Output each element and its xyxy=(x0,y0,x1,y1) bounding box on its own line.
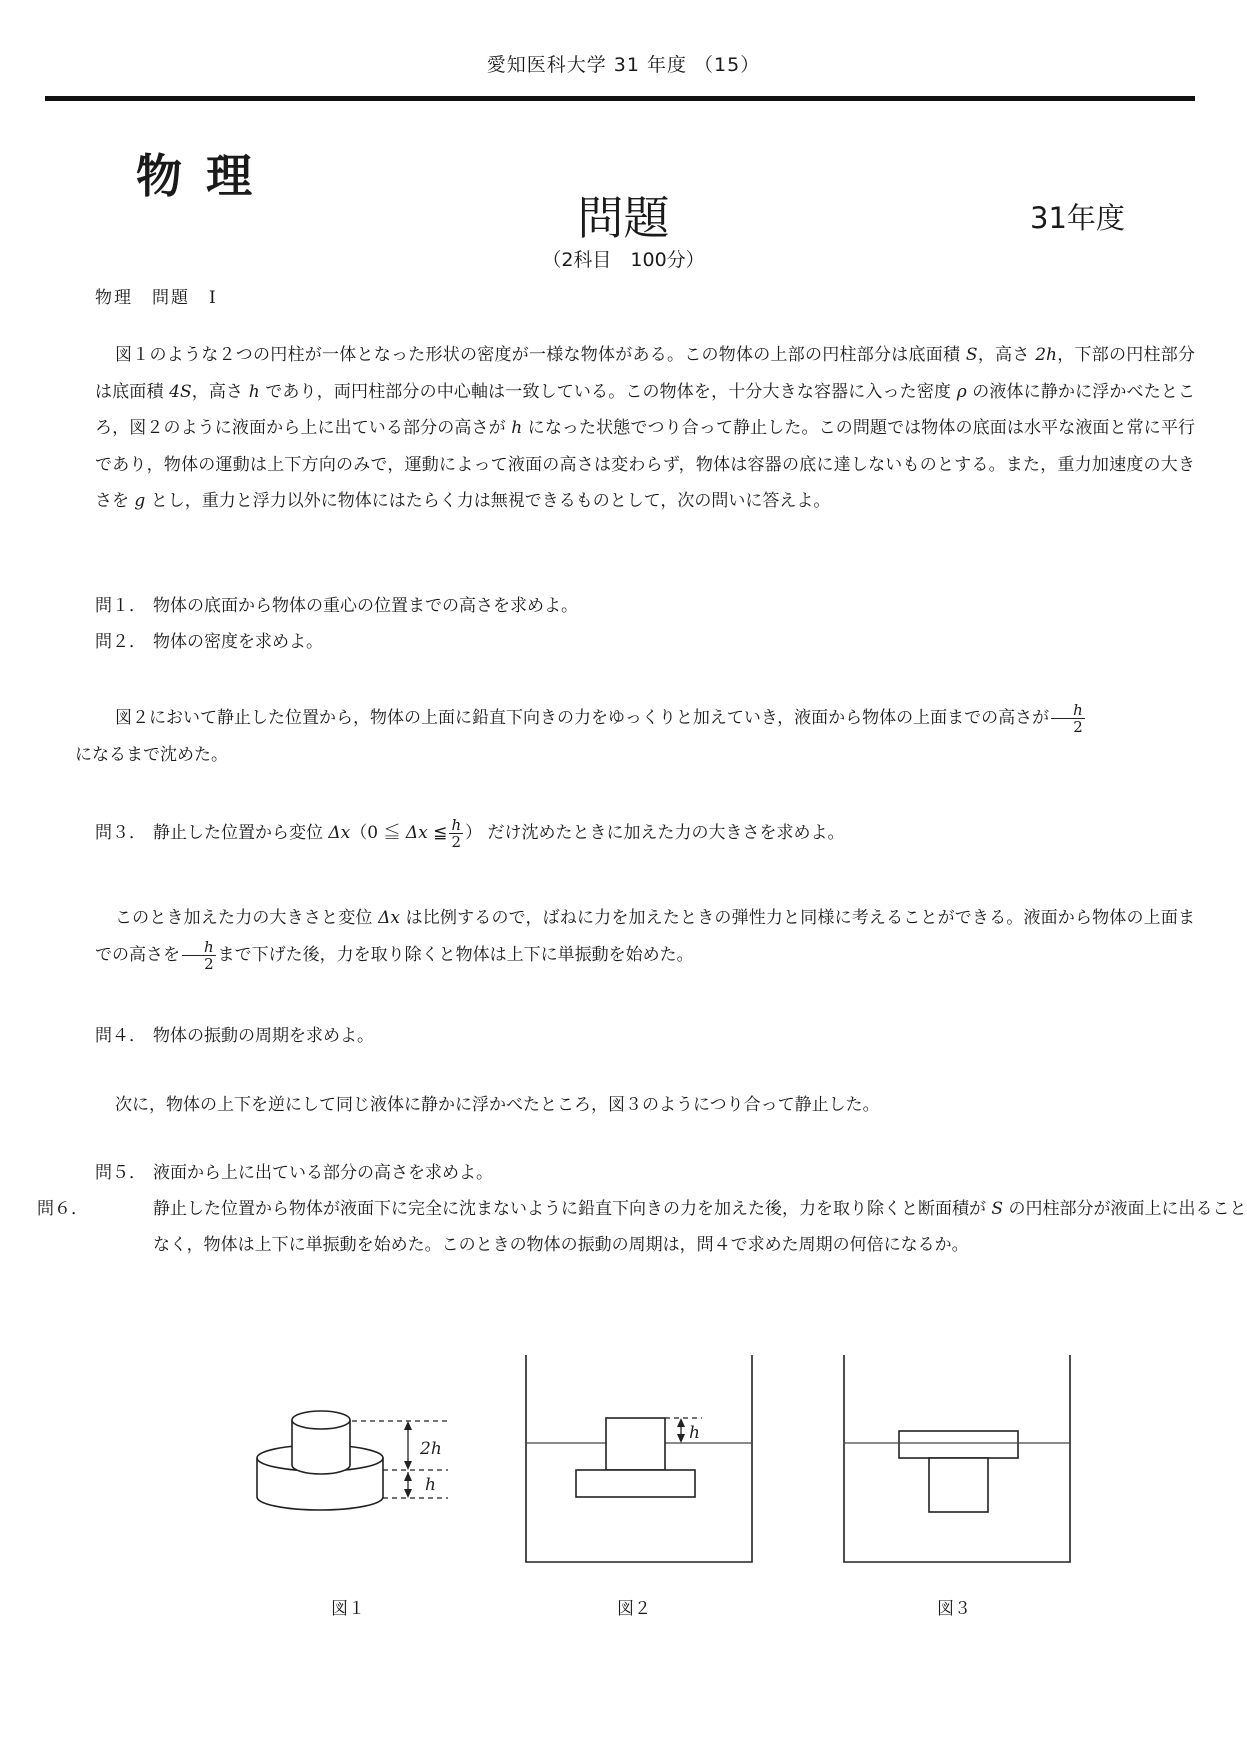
question-6: 問６．静止した位置から物体が液面下に完全に沈まないように鉛直下向きの力を加えた後… xyxy=(95,1191,1247,1263)
paragraph-2: 図２において静止した位置から，物体の上面に鉛直下向きの力をゆっくりと加えていき，… xyxy=(95,700,1195,773)
exam-year: 31年度 xyxy=(1030,196,1125,237)
question-5: 問５．液面から上に出ている部分の高さを求めよ。 xyxy=(95,1155,1195,1191)
paragraph-3: このとき加えた力の大きさと変位 Δx は比例するので，ばねに力を加えたときの弾性… xyxy=(95,900,1195,973)
exam-duration: （2科目 100分） xyxy=(0,245,1247,272)
question-2: 問２．物体の密度を求めよ。 xyxy=(95,624,1195,660)
intro-paragraph: 図１のような２つの円柱が一体となった形状の密度が一様な物体がある。この物体の上部… xyxy=(95,337,1195,520)
running-header: 愛知医科大学 31 年度 （15） xyxy=(0,50,1247,77)
svg-text:h: h xyxy=(425,1475,436,1495)
question-1: 問１．物体の底面から物体の重心の位置までの高さを求めよ。 xyxy=(95,588,1195,624)
figure-1-caption: 図１ xyxy=(331,1594,365,1619)
figure-3-caption: 図３ xyxy=(937,1594,971,1619)
header-rule xyxy=(45,96,1195,101)
question-3: 問３．静止した位置から変位 Δx（0 ≦ Δx ≦h2） だけ沈めたときに加えた… xyxy=(95,815,1195,851)
figure-3-diagram xyxy=(820,1340,1080,1570)
section-label: 物理 問題 Ⅰ xyxy=(95,283,218,308)
svg-text:h: h xyxy=(689,1423,700,1443)
figure-2-caption: 図２ xyxy=(617,1594,651,1619)
fraction-h-over-2: h2 xyxy=(1051,702,1085,735)
svg-text:2h: 2h xyxy=(419,1439,442,1459)
figure-1-diagram: 2h h xyxy=(240,1390,460,1530)
question-4: 問４．物体の振動の周期を求めよ。 xyxy=(95,1018,1195,1054)
figure-2-diagram: h xyxy=(510,1340,770,1570)
paragraph-4: 次に，物体の上下を逆にして同じ液体に静かに浮かべたところ，図３のようにつり合って… xyxy=(95,1087,1195,1124)
